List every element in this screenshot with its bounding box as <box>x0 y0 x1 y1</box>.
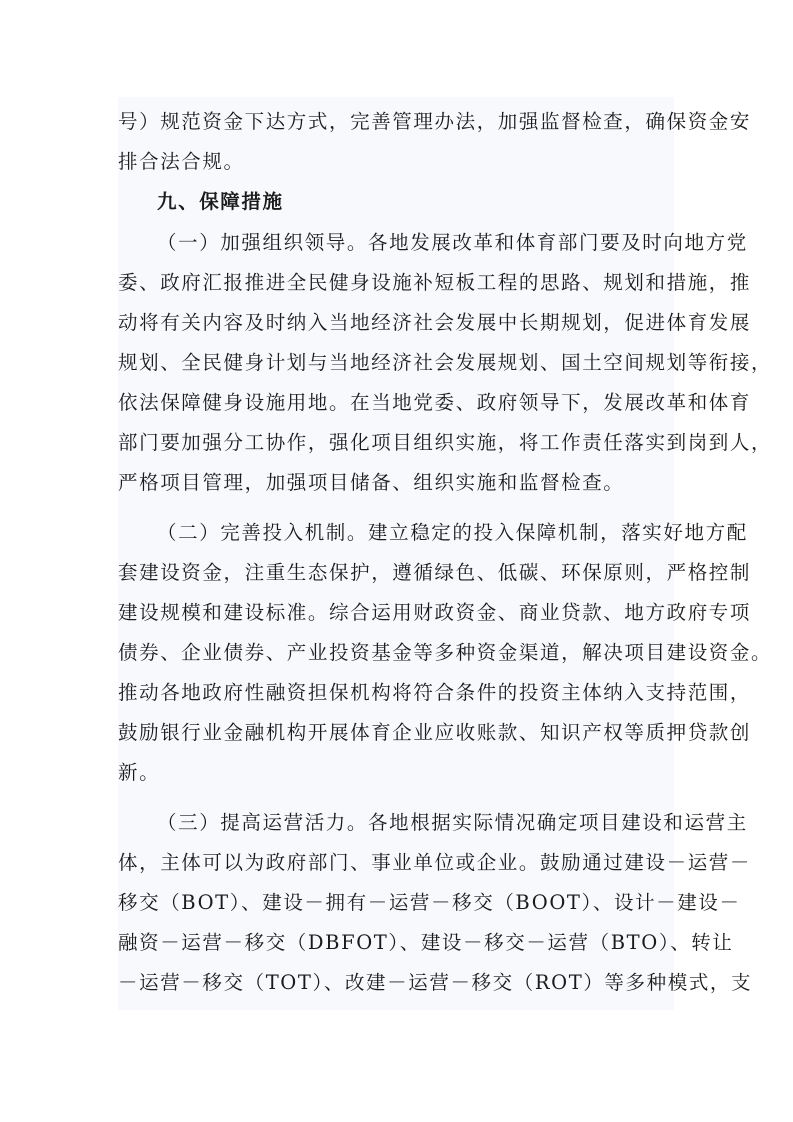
text-line: 动将有关内容及时纳入当地经济社会发展中长期规划，促进体育发展 <box>118 311 674 335</box>
text-line: 严格项目管理，加强项目储备、组织实施和监督检查。 <box>118 471 674 495</box>
text-line: 鼓励银行业金融机构开展体育企业应收账款、知识产权等质押贷款创 <box>118 721 674 745</box>
paragraph-start: （二）完善投入机制。建立稳定的投入保障机制，落实好地方配 <box>118 521 674 545</box>
text-line: 部门要加强分工协作，强化项目组织实施，将工作责任落实到岗到人， <box>118 431 674 455</box>
text-line: 排合法合规。 <box>118 150 674 174</box>
text-line: 规划、全民健身计划与当地经济社会发展规划、国土空间规划等衔接， <box>118 351 674 375</box>
text-line: 号）规范资金下达方式，完善管理办法，加强监督检查，确保资金安 <box>118 110 674 134</box>
text-line: 推动各地政府性融资担保机构将符合条件的投资主体纳入支持范围， <box>118 681 674 705</box>
text-line: 委、政府汇报推进全民健身设施补短板工程的思路、规划和措施，推 <box>118 271 674 295</box>
paragraph-start: （一）加强组织领导。各地发展改革和体育部门要及时向地方党 <box>118 231 674 255</box>
text-line: 依法保障健身设施用地。在当地党委、政府领导下，发展改革和体育 <box>118 391 674 415</box>
text-line: 融资－运营－移交（DBFOT）、建设－移交－运营（BTO）、转让 <box>118 931 674 955</box>
text-line: 建设规模和建设标准。综合运用财政资金、商业贷款、地方政府专项 <box>118 601 674 625</box>
text-line: 新。 <box>118 761 674 785</box>
text-line: －运营－移交（TOT）、改建－运营－移交（ROT）等多种模式，支 <box>118 971 674 995</box>
section-heading: 九、保障措施 <box>118 190 674 214</box>
text-line: 移交（BOT）、建设－拥有－运营－移交（BOOT）、设计－建设－ <box>118 891 674 915</box>
text-line: 债券、企业债券、产业投资基金等多种资金渠道，解决项目建设资金。 <box>118 641 674 665</box>
text-line: 体，主体可以为政府部门、事业单位或企业。鼓励通过建设－运营－ <box>118 851 674 875</box>
paragraph-start: （三）提高运营活力。各地根据实际情况确定项目建设和运营主 <box>118 811 674 835</box>
text-line: 套建设资金，注重生态保护，遵循绿色、低碳、环保原则，严格控制 <box>118 561 674 585</box>
